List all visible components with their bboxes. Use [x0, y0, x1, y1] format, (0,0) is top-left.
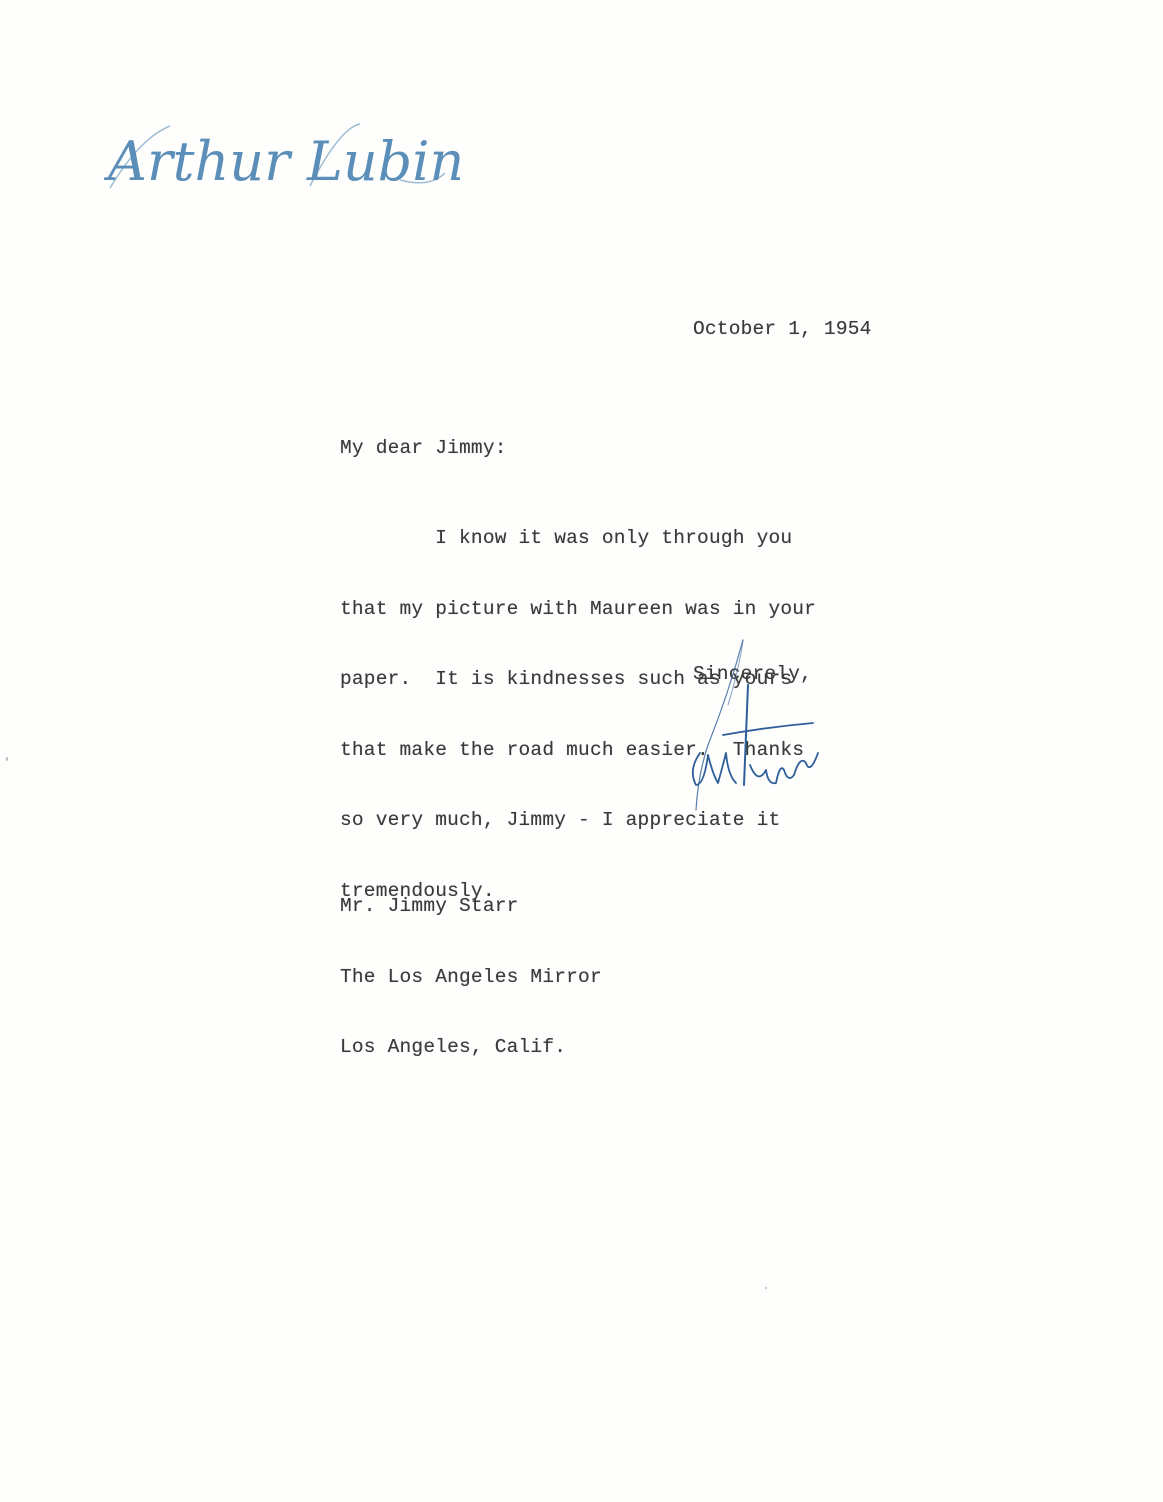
- recipient-city: Los Angeles, Calif.: [340, 1036, 602, 1060]
- recipient-address: Mr. Jimmy Starr The Los Angeles Mirror L…: [340, 848, 602, 1107]
- letterhead-name-icon: Arthur Lubin: [100, 118, 460, 208]
- salutation: My dear Jimmy:: [340, 437, 507, 461]
- paper-speck: [6, 757, 8, 761]
- letterhead-script-logo: Arthur Lubin: [100, 118, 460, 208]
- body-line: I know it was only through you: [340, 527, 816, 551]
- recipient-name: Mr. Jimmy Starr: [340, 895, 602, 919]
- handwritten-signature: [668, 635, 838, 815]
- paper-speck: [765, 1287, 767, 1289]
- recipient-organization: The Los Angeles Mirror: [340, 966, 602, 990]
- letter-date: October 1, 1954: [693, 318, 872, 342]
- letterhead-name: Arthur Lubin: [103, 130, 460, 193]
- body-line: that my picture with Maureen was in your: [340, 598, 816, 622]
- letter-page: Arthur Lubin October 1, 1954 My dear Jim…: [0, 0, 1163, 1502]
- signature-icon: [668, 635, 838, 815]
